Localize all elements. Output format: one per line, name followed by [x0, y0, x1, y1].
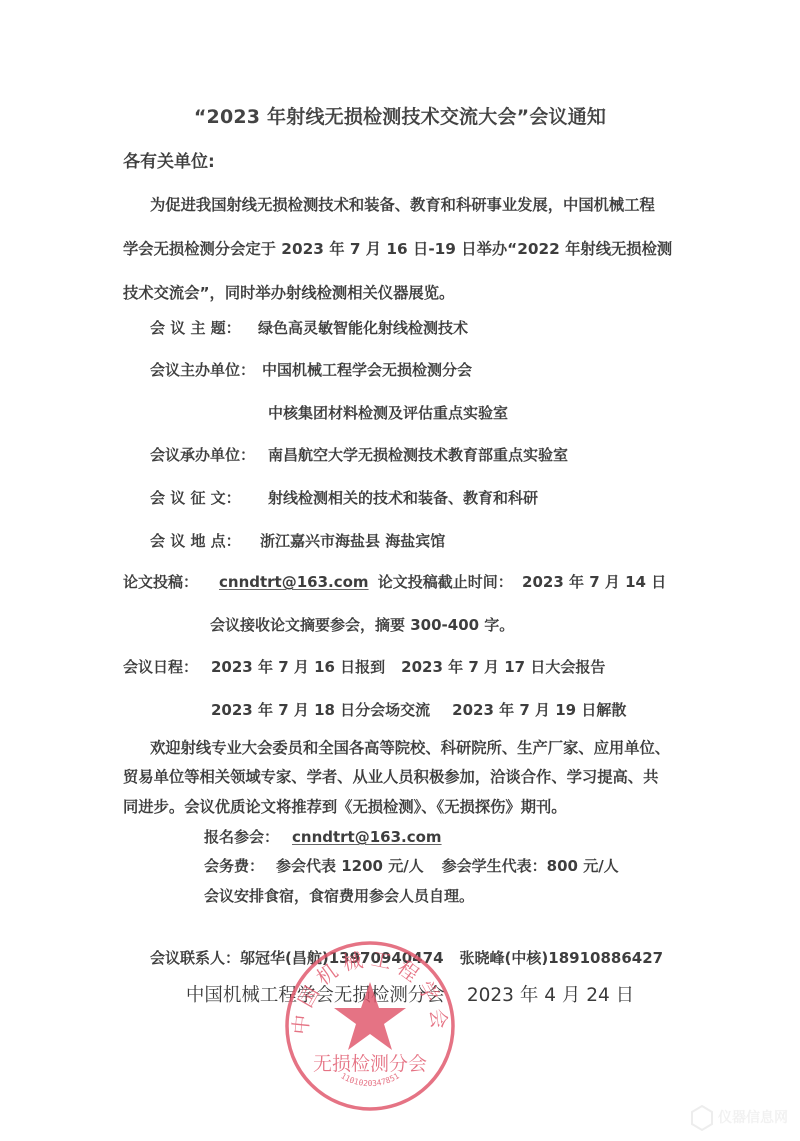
accommodation-note: 会议安排食宿，食宿费用参会人员自理。 — [204, 886, 474, 906]
document-title: “2023 年射线无损检测技术交流大会”会议通知 — [0, 104, 800, 130]
contacts-row: 会议联系人：邬冠华(昌航)13970940474张晓峰(中核)189108864… — [150, 948, 663, 968]
footer-date: 2023 年 4 月 24 日 — [467, 985, 634, 1006]
registration-email-link[interactable]: cnndtrt@163.com — [292, 828, 442, 846]
detail-location: 会 议 地 点：浙江嘉兴市海盐县 海盐宾馆 — [150, 531, 445, 551]
welcome-line-2: 贸易单位等相关领域专家、学者、从业人员积极参加，洽谈合作、学习提高、共 — [123, 767, 688, 787]
schedule-row-2: 2023 年 7 月 18 日分会场交流2023 年 7 月 19 日解散 — [211, 700, 626, 720]
detail-call-for-papers: 会 议 征 文：射线检测相关的技术和装备、教育和科研 — [150, 488, 538, 508]
detail-organizer: 会议承办单位：南昌航空大学无损检测技术教育部重点实验室 — [150, 445, 568, 465]
detail-label: 会 议 征 文： — [150, 488, 268, 508]
site-watermark: 仪器信息网 — [690, 1102, 800, 1132]
submission-email-link[interactable]: cnndtrt@163.com — [219, 573, 369, 591]
fees-label: 会务费： — [204, 856, 276, 876]
seal-center-text: 无损检测分会 — [313, 1053, 427, 1075]
intro-line-3: 技术交流会”，同时举办射线检测相关仪器展览。 — [123, 283, 688, 303]
registration-label: 报名参会： — [204, 827, 292, 847]
detail-value: 射线检测相关的技术和装备、教育和科研 — [268, 489, 538, 507]
detail-value: 中核集团材料检测及评估重点实验室 — [268, 404, 508, 422]
detail-label: 会议主办单位： — [150, 360, 262, 380]
deadline-label: 论文投稿截止时间： — [378, 573, 513, 591]
schedule-row-1: 会议日程：2023 年 7 月 16 日报到2023 年 7 月 17 日大会报… — [123, 657, 605, 677]
submission-note: 会议接收论文摘要参会，摘要 300-400 字。 — [210, 615, 514, 635]
detail-value: 南昌航空大学无损检测技术教育部重点实验室 — [268, 446, 568, 464]
greeting: 各有关单位: — [123, 150, 215, 174]
detail-value: 中国机械工程学会无损检测分会 — [262, 361, 472, 379]
schedule-item: 2023 年 7 月 16 日报到 — [211, 658, 385, 676]
intro-line-2: 学会无损检测分会定于 2023 年 7 月 16 日-19 日举办“2022 年… — [123, 239, 688, 259]
welcome-line-1: 欢迎射线专业大会委员和全国各高等院校、科研院所、生产厂家、应用单位、 — [150, 738, 715, 758]
footer-organization: 中国机械工程学会无损检测分会 — [186, 985, 445, 1006]
detail-value: 浙江嘉兴市海盐县 海盐宾馆 — [260, 532, 445, 550]
welcome-line-3: 同进步。会议优质论文将推荐到《无损检测》、《无损探伤》期刊。 — [123, 797, 688, 817]
contacts-label: 会议联系人： — [150, 949, 240, 967]
fees-delegate: 参会代表 1200 元/人 — [276, 857, 424, 875]
detail-value: 绿色高灵敏智能化射线检测技术 — [258, 319, 468, 337]
detail-host: 会议主办单位：中国机械工程学会无损检测分会 — [150, 360, 472, 380]
schedule-item: 2023 年 7 月 18 日分会场交流 — [211, 701, 430, 719]
schedule-item: 2023 年 7 月 17 日大会报告 — [401, 658, 605, 676]
detail-host-2: 中核集团材料检测及评估重点实验室 — [268, 403, 508, 423]
schedule-label: 会议日程： — [123, 657, 211, 677]
submission-label: 论文投稿： — [123, 572, 219, 592]
footer-signature: 中国机械工程学会无损检测分会2023 年 4 月 24 日 — [0, 983, 800, 1009]
watermark-logo-icon: 仪器信息网 — [690, 1102, 800, 1132]
notice-page: “2023 年射线无损检测技术交流大会”会议通知 各有关单位: 为促进我国射线无… — [0, 0, 800, 1141]
fees-student: 参会学生代表：800 元/人 — [442, 857, 619, 875]
svg-text:仪器信息网: 仪器信息网 — [718, 1109, 788, 1126]
contact-person-2: 张晓峰(中核)18910886427 — [460, 949, 664, 967]
fees-row: 会务费：参会代表 1200 元/人参会学生代表：800 元/人 — [204, 856, 619, 876]
seal-serial: 1101020347851 — [339, 1071, 401, 1088]
detail-theme: 会 议 主 题：绿色高灵敏智能化射线检测技术 — [150, 318, 468, 338]
registration-row: 报名参会：cnndtrt@163.com — [204, 827, 442, 847]
detail-label: 会 议 主 题： — [150, 318, 258, 338]
detail-label: 会 议 地 点： — [150, 531, 260, 551]
intro-line-1: 为促进我国射线无损检测技术和装备、教育和科研事业发展，中国机械工程 — [150, 195, 715, 215]
schedule-item: 2023 年 7 月 19 日解散 — [452, 701, 626, 719]
deadline-value: 2023 年 7 月 14 日 — [522, 573, 666, 591]
contact-person-1: 邬冠华(昌航)13970940474 — [240, 949, 444, 967]
detail-label: 会议承办单位： — [150, 445, 268, 465]
submission-row: 论文投稿：cnndtrt@163.com 论文投稿截止时间： 2023 年 7 … — [123, 572, 666, 592]
